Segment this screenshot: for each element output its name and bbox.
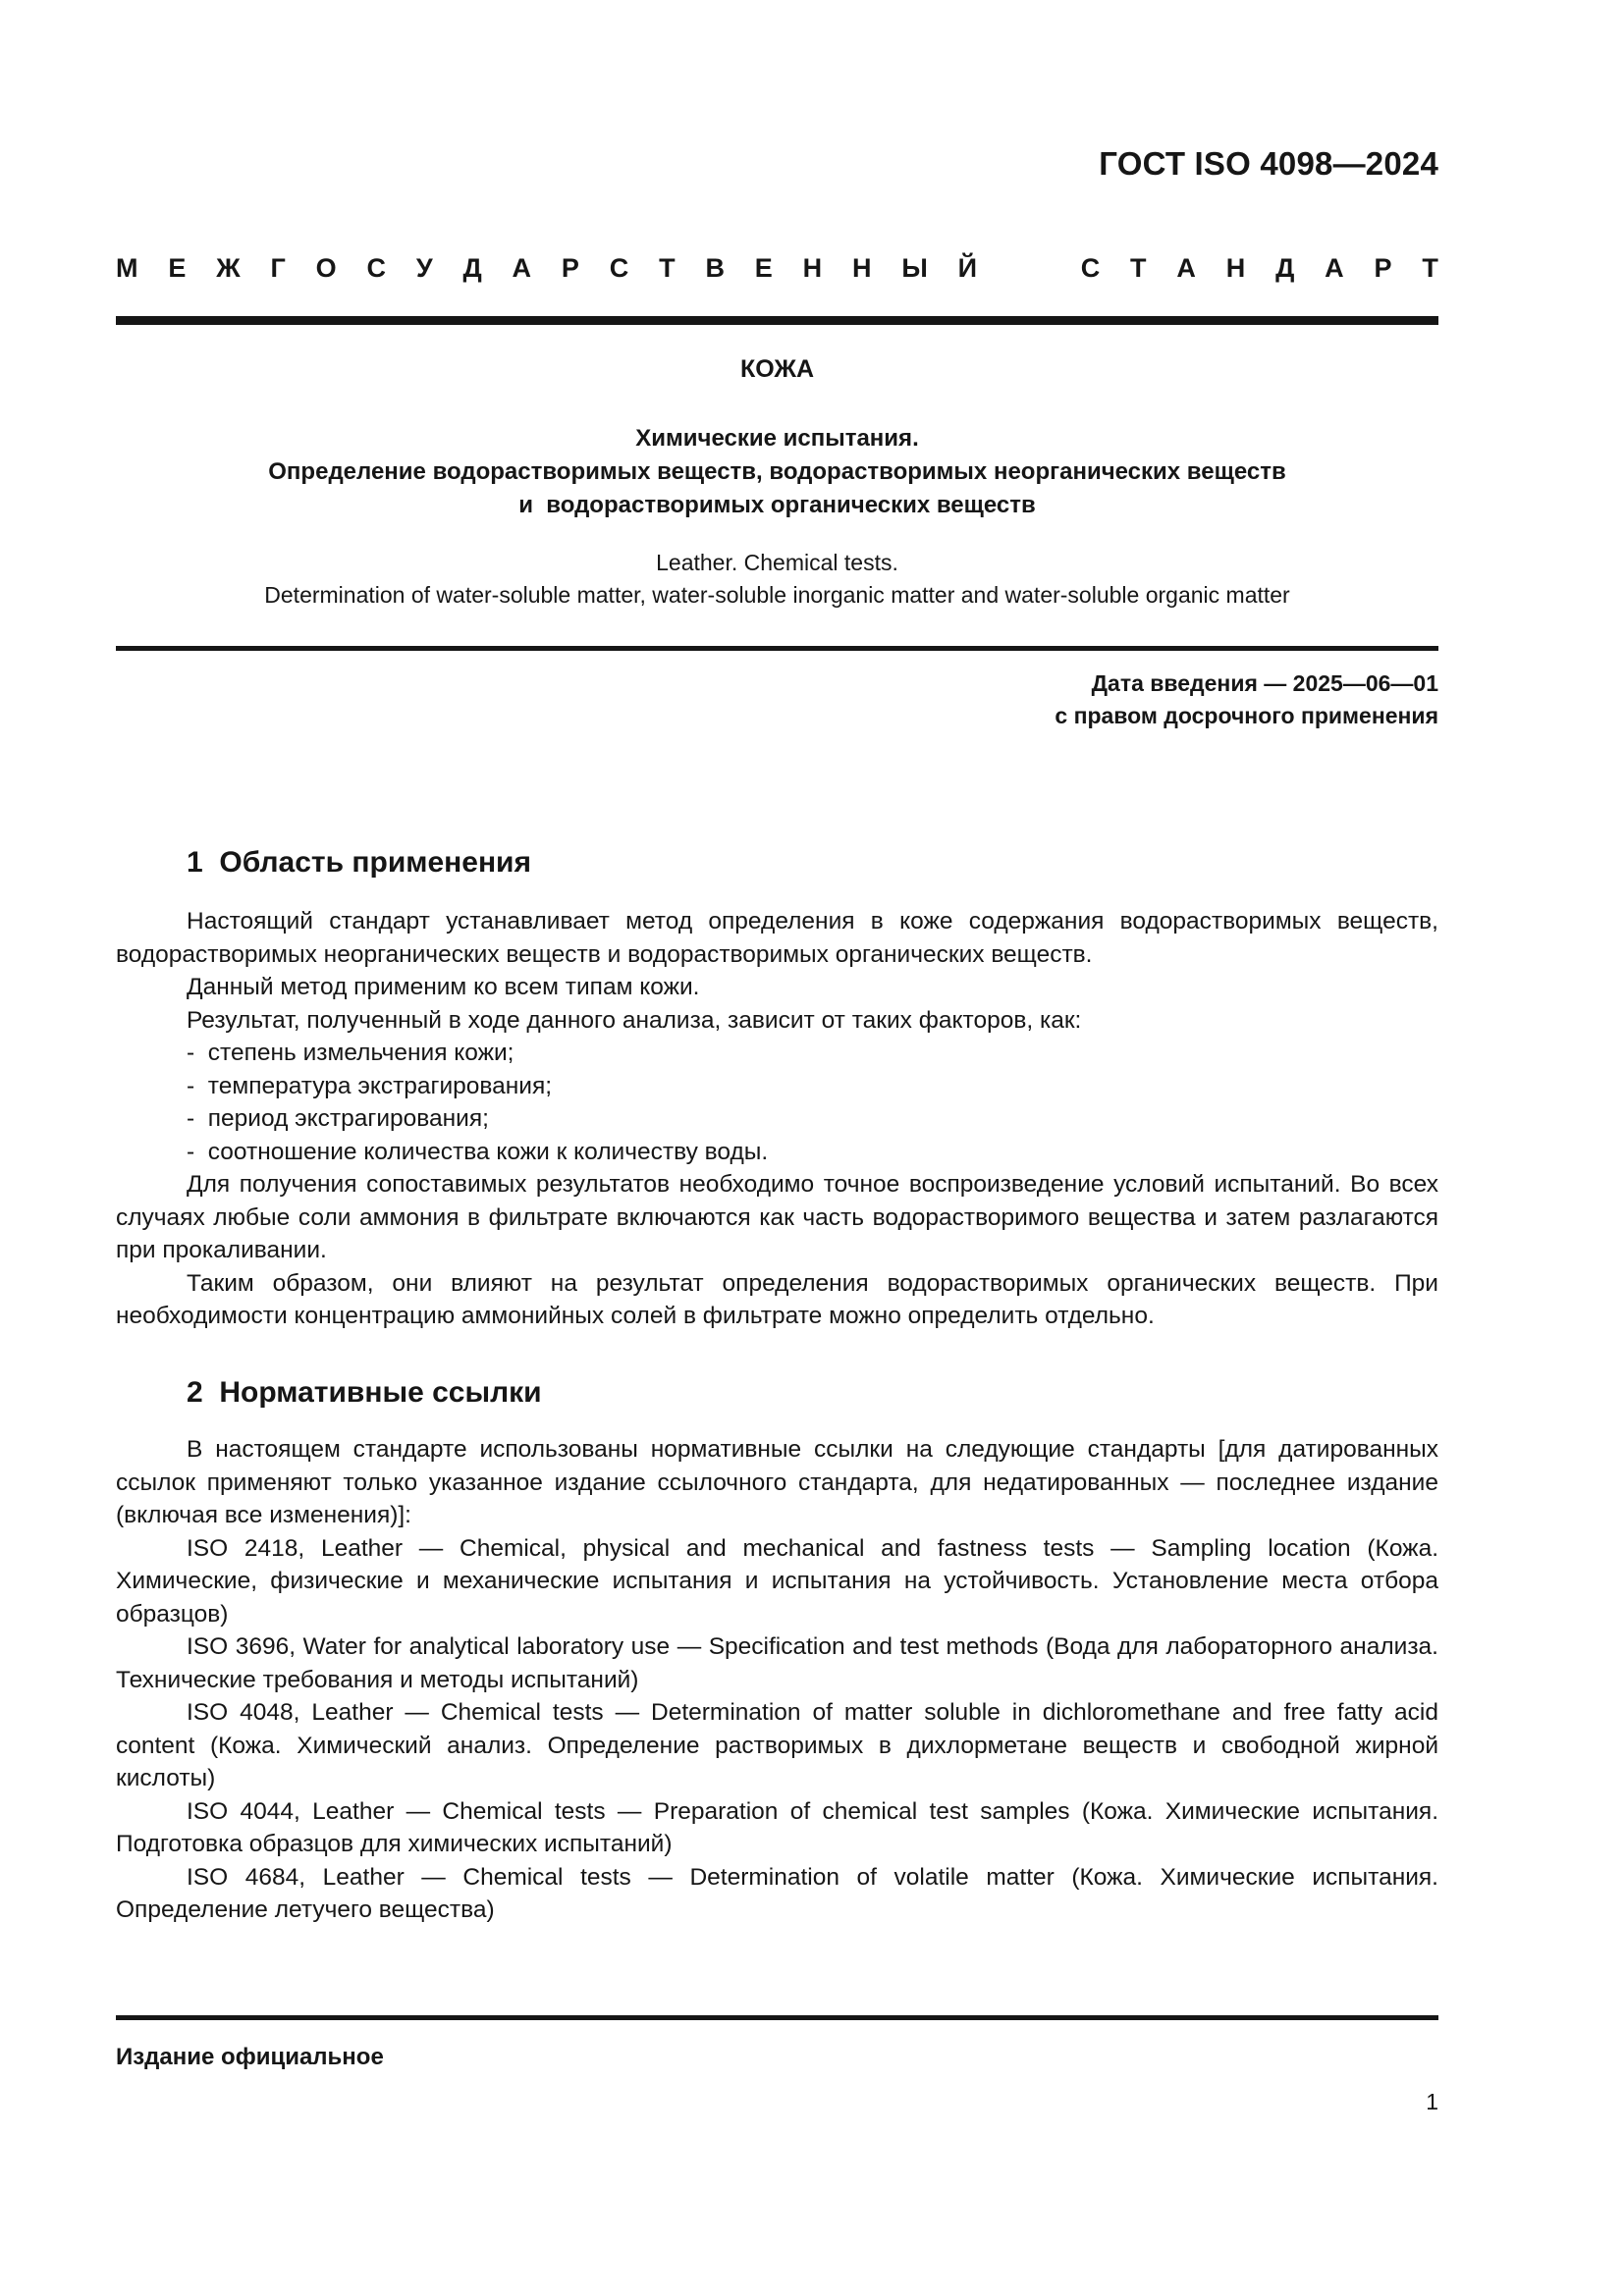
introduction-date: Дата введения — 2025—06—01 с правом доср… — [1055, 667, 1438, 732]
list-item: - температура экстрагирования; — [116, 1070, 1438, 1103]
middle-rule-divider — [116, 646, 1438, 651]
standard-number: ГОСТ ISO 4098—2024 — [1099, 145, 1438, 183]
banner-letter: М — [116, 253, 138, 284]
subtitle-ru-line: и водорастворимых органических веществ — [116, 489, 1438, 522]
banner-letter: Е — [755, 253, 773, 284]
list-item: - степень измельчения кожи; — [116, 1037, 1438, 1070]
introduction-date-line: Дата введения — 2025—06—01 — [1055, 667, 1438, 700]
banner-letter: Р — [1375, 253, 1392, 284]
banner-letter: Н — [803, 253, 823, 284]
subtitle-ru-line: Определение водорастворимых веществ, вод… — [116, 455, 1438, 489]
section-2-heading: 2 Нормативные ссылки — [187, 1376, 542, 1410]
section-1-body: Настоящий стандарт устанавливает метод о… — [116, 905, 1438, 1333]
standard-type-banner: МЕЖГОСУДАРСТВЕННЫЙСТАНДАРТ — [116, 253, 1438, 284]
banner-letter: А — [1176, 253, 1196, 284]
banner-letter: С — [1081, 253, 1101, 284]
banner-letter: Д — [1275, 253, 1294, 284]
banner-letter: Т — [1130, 253, 1147, 284]
subtitle-en-line: Leather. Chemical tests. — [116, 547, 1438, 579]
banner-letter: А — [513, 253, 532, 284]
paragraph: В настоящем стандарте использованы норма… — [116, 1433, 1438, 1532]
banner-letter: Н — [852, 253, 872, 284]
early-application-note: с правом досрочного применения — [1055, 700, 1438, 732]
section-2-body: В настоящем стандарте использованы норма… — [116, 1433, 1438, 1927]
paragraph: Настоящий стандарт устанавливает метод о… — [116, 905, 1438, 971]
subtitle-ru-line: Химические испытания. — [116, 422, 1438, 455]
page-number: 1 — [1426, 2089, 1438, 2115]
paragraph: Результат, полученный в ходе данного ана… — [116, 1004, 1438, 1038]
banner-letter: Е — [168, 253, 186, 284]
document-subtitle-ru: Химические испытания. Определение водора… — [116, 422, 1438, 522]
banner-letter: Ы — [901, 253, 927, 284]
edition-label: Издание официальное — [116, 2044, 384, 2071]
banner-letter: А — [1325, 253, 1344, 284]
banner-letter: Н — [1226, 253, 1246, 284]
banner-letter: Й — [958, 253, 977, 284]
banner-letter: О — [316, 253, 337, 284]
banner-letter: Т — [1422, 253, 1438, 284]
reference-item: ISO 3696, Water for analytical laborator… — [116, 1630, 1438, 1696]
banner-letter: Т — [659, 253, 676, 284]
banner-letter: Ж — [216, 253, 240, 284]
banner-letter: С — [610, 253, 629, 284]
banner-letter: С — [366, 253, 386, 284]
list-item: - соотношение количества кожи к количест… — [116, 1136, 1438, 1169]
bottom-rule-divider — [116, 2015, 1438, 2020]
section-1-heading: 1 Область применения — [187, 846, 531, 880]
paragraph: Для получения сопоставимых результатов н… — [116, 1168, 1438, 1267]
banner-letter: Д — [462, 253, 481, 284]
paragraph: Таким образом, они влияют на результат о… — [116, 1267, 1438, 1333]
banner-letter: У — [416, 253, 433, 284]
top-rule-divider — [116, 316, 1438, 325]
banner-word-gap — [1007, 253, 1051, 284]
banner-letter: Г — [270, 253, 285, 284]
reference-item: ISO 4044, Leather — Chemical tests — Pre… — [116, 1795, 1438, 1861]
banner-letter: Р — [562, 253, 579, 284]
reference-item: ISO 4048, Leather — Chemical tests — Det… — [116, 1696, 1438, 1795]
subtitle-en-line: Determination of water-soluble matter, w… — [116, 579, 1438, 612]
document-title: КОЖА — [116, 355, 1438, 384]
reference-item: ISO 4684, Leather — Chemical tests — Det… — [116, 1861, 1438, 1927]
document-subtitle-en: Leather. Chemical tests. Determination o… — [116, 547, 1438, 612]
list-item: - период экстрагирования; — [116, 1102, 1438, 1136]
reference-item: ISO 2418, Leather — Chemical, physical a… — [116, 1532, 1438, 1631]
banner-letter: В — [705, 253, 725, 284]
paragraph: Данный метод применим ко всем типам кожи… — [116, 971, 1438, 1004]
